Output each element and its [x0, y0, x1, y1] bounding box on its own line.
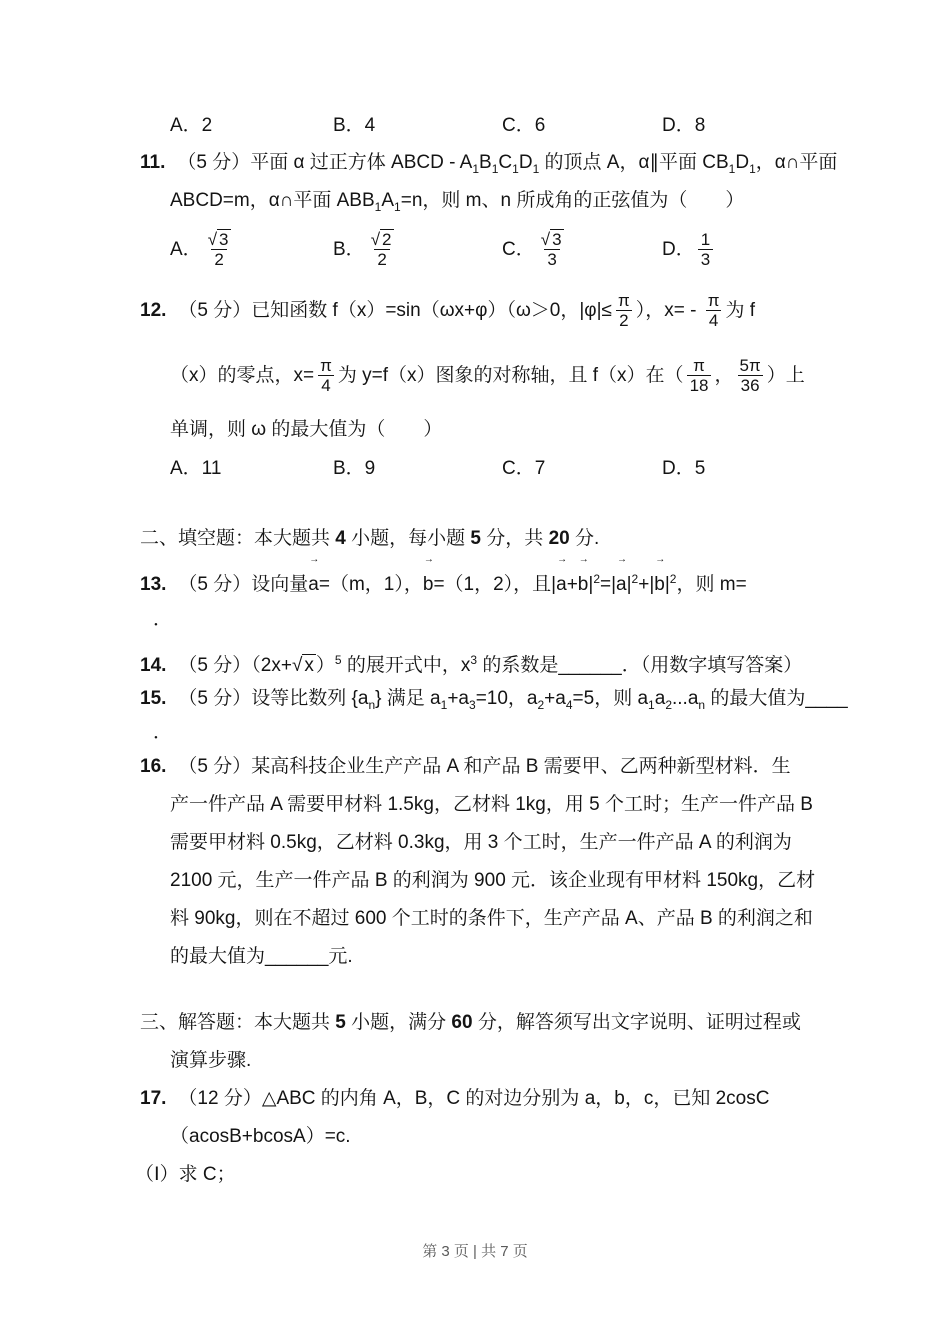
q17-text-line-2: （acosB+bcosA）=c. [0, 1118, 950, 1156]
q14-text: 14.（5 分）（2x+√x）5 的展开式中，x3 的系数是______．（用数… [0, 640, 950, 680]
option-D: D．13 [662, 220, 716, 280]
section3-header-line-1: 三、解答题：本大题共 5 小题，满分 60 分，解答须写出文字说明、证明过程或 [0, 1004, 950, 1042]
q15-continuation-period: ． [0, 718, 950, 748]
q11-options-row: A．√32B．√22C．√33D．13 [0, 220, 950, 280]
q11-text-line-1: 11.（5 分）平面 α 过正方体 ABCD - A1B1C1D1 的顶点 A，… [0, 144, 950, 182]
option-A: A．√32 [170, 220, 237, 280]
q16-text-line-4: 2100 元，生产一件产品 B 的利润为 900 元．该企业现有甲材料 150k… [0, 862, 950, 900]
q13-continuation-period: ． [0, 600, 950, 640]
exam-content: A．2B．4C．6D．8 11.（5 分）平面 α 过正方体 ABCD - A1… [0, 0, 950, 1194]
q12-text-line-1: 12.（5 分）已知函数 f（x）=sin（ωx+φ）（ω＞0，|φ|≤π2），… [0, 280, 950, 342]
q17-text-line-1: 17.（12 分）△ABC 的内角 A，B，C 的对边分别为 a，b，c，已知 … [0, 1080, 950, 1118]
q16-text-line-2: 产一件产品 A 需要甲材料 1.5kg，乙材料 1kg，用 5 个工时；生产一件… [0, 786, 950, 824]
option-A: A．11 [170, 450, 221, 488]
option-B: B．4 [333, 108, 375, 144]
q16-text-line-5: 料 90kg，则在不超过 600 个工时的条件下，生产产品 A、产品 B 的利润… [0, 900, 950, 938]
option-B: B．√22 [333, 220, 400, 280]
exam-document-page: A．2B．4C．6D．8 11.（5 分）平面 α 过正方体 ABCD - A1… [0, 0, 950, 1344]
q17-part-1: （Ⅰ）求 C； [0, 1156, 950, 1194]
q12-options-row: A．11B．9C．7D．5 [0, 450, 950, 488]
q12-text-line-2: （x）的零点，x=π4为 y=f（x）图象的对称轴，且 f（x）在（π18，5π… [0, 342, 950, 410]
option-D: D．8 [662, 108, 705, 144]
section2-header: 二、填空题：本大题共 4 小题，每小题 5 分，共 20 分. [0, 520, 950, 558]
option-C: C．6 [502, 108, 545, 144]
page-footer: 第 3 页 | 共 7 页 [0, 1240, 950, 1261]
option-A: A．2 [170, 108, 212, 144]
q11-text-line-2: ABCD=m，α∩平面 ABB1A1=n，则 m、n 所成角的正弦值为（ ） [0, 182, 950, 220]
option-B: B．9 [333, 450, 375, 488]
q12-text-line-3: 单调，则 ω 的最大值为（ ） [0, 410, 950, 450]
q13-text: 13.（5 分）设向量a=（m，1），b=（1，2），且|a+b|2=|a|2+… [0, 558, 950, 600]
q16-text-line-1: 16.（5 分）某高科技企业生产产品 A 和产品 B 需要甲、乙两种新型材料．生 [0, 748, 950, 786]
q16-text-line-6: 的最大值为______元. [0, 938, 950, 976]
option-C: C．7 [502, 450, 545, 488]
option-D: D．5 [662, 450, 705, 488]
section3-header-line-2: 演算步骤. [0, 1042, 950, 1080]
q10-options-row: A．2B．4C．6D．8 [0, 108, 950, 144]
option-C: C．√33 [502, 220, 570, 280]
q16-text-line-3: 需要甲材料 0.5kg，乙材料 0.3kg，用 3 个工时，生产一件产品 A 的… [0, 824, 950, 862]
q15-text: 15.（5 分）设等比数列 {an} 满足 a1+a3=10，a2+a4=5，则… [0, 680, 950, 718]
